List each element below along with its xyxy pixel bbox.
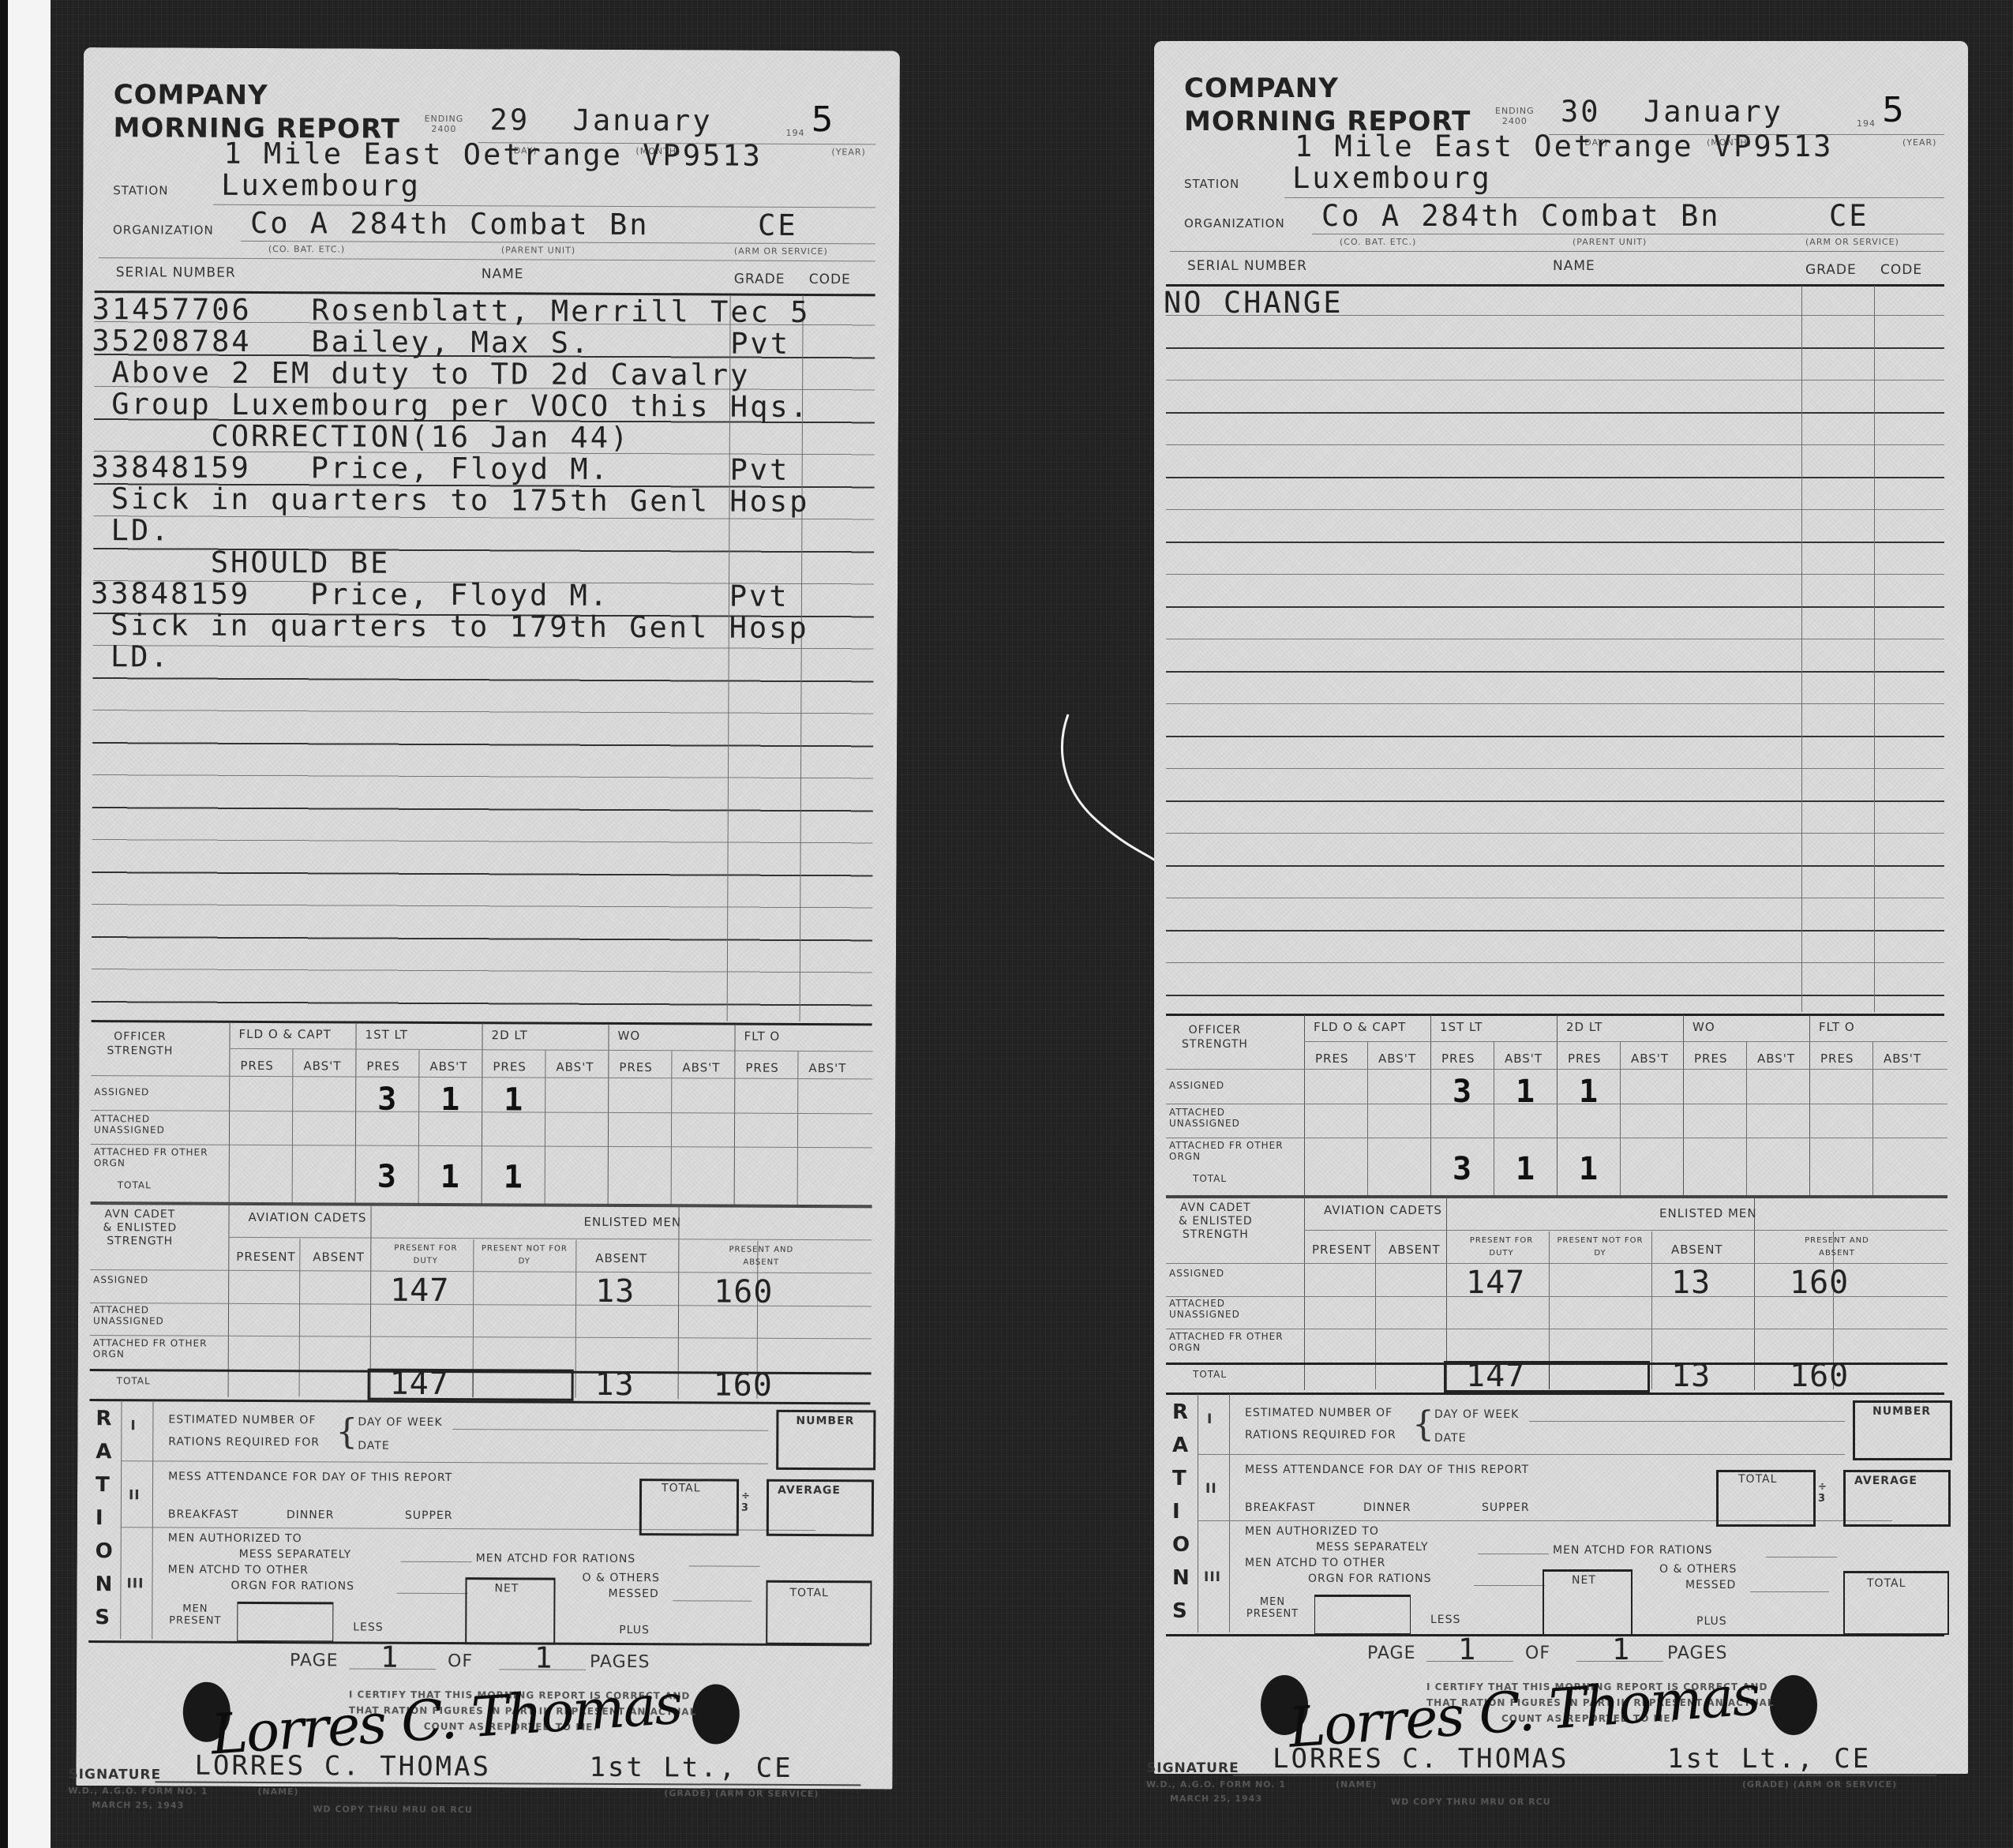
org-caption-unit: (CO. BAT. ETC.) [268,244,345,254]
enlisted-subcol-divider [575,1240,577,1398]
ending-label: ENDING 2400 [1495,106,1535,126]
enlisted-row-label: ASSIGNED [1169,1268,1295,1279]
aviation-cadets-header: AVIATION CADETS [248,1210,366,1225]
section-iii-number: III [126,1576,144,1591]
morning-report-card-jan-30: COMPANY MORNING REPORT ENDING 2400 30 Ja… [1154,41,1968,1774]
officer-subcol-header: PRES [1694,1051,1727,1066]
enlisted-count-cell: 13 [1671,1265,1711,1301]
officer-subcol-divider [1367,1042,1368,1197]
enlisted-row-rule [1166,1263,1947,1264]
men-present-label: MEN PRESENT [167,1602,223,1626]
enlisted-count-cell: 160 [714,1366,773,1403]
enlisted-count-cell: 147 [1466,1265,1525,1301]
men-authorized-label: MEN AUTHORIZED TO [168,1531,302,1545]
officer-title-line1: OFFICER [1182,1023,1248,1037]
officer-count-cell: 1 [1516,1074,1535,1110]
enlisted-subcol-header: PRESENT [1312,1243,1371,1257]
enlisted-row-label: ATTACHED UNASSIGNED [93,1304,219,1327]
signer-name: LORRES C. THOMAS [194,1750,491,1783]
organization-label: ORGANIZATION [1184,216,1285,231]
officer-subcol-divider [418,1050,420,1205]
enlisted-title-line2: & ENLISTED [1179,1215,1253,1228]
rations-rule [121,1460,768,1464]
rations-section-divider [1229,1394,1230,1632]
org-caption-parent: (PARENT UNIT) [1573,237,1647,247]
col-name: NAME [1553,258,1595,274]
rations-side-letter: A [96,1440,111,1464]
form-title-company: COMPANY [1184,73,1339,104]
mess-separately-label: MESS SEPARATELY [239,1548,352,1561]
punch-hole-right [1770,1675,1817,1735]
form-number: W.D., A.G.O. FORM NO. 1 [68,1786,208,1797]
enlisted-men-header: ENLISTED MEN [583,1215,681,1230]
officer-group-header: 1ST LT [1440,1020,1483,1034]
signer-grade: 1st Lt., CE [1667,1743,1871,1775]
scan-edge-line [0,0,8,1848]
officer-group-divider [482,1023,483,1205]
organization-underline [1312,234,1944,234]
station-value: Luxembourg [1292,161,1492,195]
organization-label: ORGANIZATION [113,223,214,238]
officer-group-header: 1ST LT [365,1028,409,1042]
officer-subcol-divider [545,1051,546,1205]
officer-group-header: FLT O [1819,1020,1855,1034]
enlisted-count-cell: 147 [390,1273,449,1309]
name-caption: (NAME) [257,1786,298,1797]
entry-line: SHOULD BE [91,545,390,580]
date-label: DATE [358,1440,389,1453]
copy-note: WD COPY THRU MRU OR RCU [1391,1797,1551,1807]
code-column-line [1874,286,1875,1012]
officer-title-line1: OFFICER [107,1029,173,1044]
dinner-label: DINNER [287,1509,335,1521]
enlisted-subcol-divider [1375,1231,1376,1389]
section-ii-number: II [129,1487,141,1503]
signature-line [1233,1775,1936,1776]
enlisted-divider [1754,1197,1755,1390]
officer-subcol-divider [292,1049,294,1204]
col-serial-number: SERIAL NUMBER [116,264,236,281]
officer-subcol-header: ABS'T [682,1060,720,1074]
enlisted-count-cell: 13 [595,1273,635,1310]
officer-count-cell: 3 [377,1081,396,1118]
officer-row-label: ASSIGNED [1169,1080,1295,1091]
officer-count-cell: 1 [1579,1074,1598,1110]
col-code: CODE [809,272,851,287]
men-atchd-rations-label: MEN ATCHD FOR RATIONS [476,1552,636,1565]
day-of-week-field [452,1429,768,1431]
year-digit: 5 [811,99,833,140]
signer-grade: 1st Lt., CE [589,1752,793,1784]
officer-row-label: TOTAL [1169,1173,1319,1184]
officer-subcol-header: PRES [745,1061,779,1075]
officer-group-divider [229,1022,231,1204]
report-month: January [1644,95,1783,129]
ending-label-line1: ENDING [425,114,464,124]
ending-label-line1: ENDING [1495,106,1535,116]
pages-label: PAGES [1667,1644,1727,1663]
station-value: Luxembourg [221,168,421,203]
enlisted-divider [678,1205,680,1399]
header-divider [99,257,875,261]
officer-row-label: ATTACHED UNASSIGNED [1169,1107,1295,1129]
enlisted-count-cell: 160 [1790,1358,1849,1394]
report-day: 30 [1561,95,1601,129]
rations-required-label: RATIONS REQUIRED FOR [1245,1429,1396,1441]
mess-attendance-label: MESS ATTENDANCE FOR DAY OF THIS REPORT [1245,1464,1529,1476]
present-total-box-divider [473,1370,474,1397]
organization-value: Co A 284th Combat Bn [250,206,650,242]
page-total-underline [1576,1661,1663,1662]
enlisted-top-rule [1166,1197,1947,1198]
col-serial-number: SERIAL NUMBER [1187,258,1307,274]
officer-count-cell: 1 [1516,1151,1535,1187]
enlisted-strength-title: AVN CADET& ENLISTEDSTRENGTH [1179,1201,1253,1242]
rations-rule [1198,1454,1845,1455]
rations-side-letter: R [1172,1400,1188,1424]
officer-subcol-header: ABS'T [429,1059,467,1074]
officer-subcol-header: ABS'T [556,1060,594,1074]
col-grade: GRADE [1805,262,1857,278]
officer-row-rule [1166,1069,1947,1070]
officer-subcol-divider [797,1051,799,1206]
enlisted-subcol-header: PRESENT NOT FOR DY [1557,1235,1644,1260]
report-day: 29 [490,103,530,137]
officer-row-label: ATTACHED UNASSIGNED [94,1113,220,1136]
officer-subcol-divider [1620,1042,1621,1197]
officer-group-header: WO [1692,1020,1715,1034]
net-label: NET [494,1582,519,1595]
enlisted-count-cell: 13 [595,1366,635,1403]
scan-margin [8,0,51,1848]
section-i-number: I [130,1418,136,1434]
section-ii-number: II [1205,1481,1217,1497]
officer-count-cell: 1 [440,1081,459,1118]
plus-label: PLUS [1696,1615,1727,1628]
rations-side-letter: S [95,1606,110,1629]
officer-group-divider [1809,1015,1810,1197]
officer-strength-table: OFFICERSTRENGTHFLD O & CAPT1ST LT2D LTWO… [1166,1015,1947,1197]
enlisted-subcol-header: PRESENT FOR DUTY [1458,1235,1545,1260]
signature-label: SIGNATURE [1146,1760,1239,1776]
officer-subcol-divider [1872,1042,1873,1197]
estimated-number-label: ESTIMATED NUMBER OF [1245,1407,1393,1419]
less-label: LESS [1430,1614,1460,1626]
enlisted-subcol-divider [1651,1231,1652,1389]
officer-row-label: ATTACHED FR OTHER ORGN [1169,1140,1295,1162]
officer-subcol-divider [671,1051,673,1205]
year-caption: (YEAR) [831,147,865,157]
aviation-cadets-header: AVIATION CADETS [1324,1203,1442,1217]
station-label: STATION [113,183,168,197]
mess-total-label: TOTAL [662,1482,700,1494]
number-label: NUMBER [796,1415,854,1427]
enlisted-men-header: ENLISTED MEN [1659,1206,1757,1220]
day-of-week-field [1529,1421,1845,1422]
report-month: January [573,103,713,138]
messed-label: MESSED [608,1587,658,1600]
enlisted-count-cell: 147 [390,1366,449,1402]
rations-side-letter: N [95,1572,112,1596]
enlisted-count-cell: 160 [1790,1265,1849,1301]
officer-subcol-header: PRES [1441,1051,1475,1066]
officer-subcol-header: PRES [493,1059,527,1074]
officer-count-cell: 3 [1453,1074,1471,1110]
day-of-week-label: DAY OF WEEK [358,1416,442,1429]
officer-subcol-divider [1494,1042,1494,1197]
section-i-number: I [1207,1411,1213,1427]
grade-column-line [1801,286,1802,1012]
rations-section: RATIONSIESTIMATED NUMBER OFRATIONS REQUI… [88,1400,871,1642]
enlisted-row-label: ATTACHED UNASSIGNED [1169,1298,1295,1320]
enlisted-title-line2: & ENLISTED [103,1221,177,1235]
officer-group-divider [734,1025,736,1206]
enlisted-row-rule [1166,1329,1947,1329]
rations-side-letter: T [96,1473,110,1497]
officer-group-divider [1304,1015,1305,1197]
rations-side-letter: I [96,1506,103,1530]
rations-section-divider [152,1400,153,1639]
breakfast-label: BREAKFAST [168,1508,239,1520]
page-label: PAGE [290,1651,339,1670]
mess-attendance-label: MESS ATTENDANCE FOR DAY OF THIS REPORT [168,1470,452,1484]
col-name: NAME [482,266,524,282]
officer-subcol-header: ABS'T [1631,1051,1669,1066]
entry-line: NO CHANGE [1164,286,1343,320]
officer-subcol-header: ABS'T [1884,1051,1921,1066]
officer-group-divider [608,1024,609,1205]
officer-group-divider [1683,1015,1684,1197]
entry-line: Sick in quarters to 175th Genl Hosp [91,482,809,519]
men-atchd-rations-field [1766,1557,1837,1557]
officer-subcol-header: PRES [240,1059,274,1073]
o-others-label: O & OTHERS [1659,1563,1737,1576]
men-present-label: MEN PRESENT [1245,1596,1300,1620]
brace-icon: { [335,1412,358,1452]
org-caption-arm: (ARM OR SERVICE) [1805,237,1899,247]
organization-value: Co A 284th Combat Bn [1321,199,1721,233]
enlisted-divider [1304,1197,1305,1390]
date-label: DATE [1434,1432,1466,1445]
officer-group-header: 2D LT [1566,1020,1603,1034]
officer-group-rule [1304,1041,1947,1042]
officer-strength-title: OFFICERSTRENGTH [1182,1023,1248,1051]
officer-row-label: ASSIGNED [94,1086,220,1098]
divide-by-three: ÷ 3 [741,1490,757,1514]
rations-required-label: RATIONS REQUIRED FOR [168,1435,320,1449]
dust-fiber-artifact [1034,691,1168,864]
ending-label-line2: 2400 [425,124,464,134]
enlisted-title-line1: AVN CADET [1179,1201,1253,1215]
enlisted-subcol-header: PRESENT NOT FOR DY [481,1243,568,1268]
entry-line: LD. [91,513,171,547]
form-title-company: COMPANY [114,79,268,111]
men-present-box[interactable] [237,1602,333,1642]
enlisted-subcol-header: PRESENT AND ABSENT [1790,1235,1884,1260]
enlisted-strength-table: AVN CADET& ENLISTEDSTRENGTHAVIATION CADE… [90,1203,872,1400]
average-label: AVERAGE [778,1484,841,1497]
officer-row-label: TOTAL [94,1179,244,1191]
header-divider [1170,251,1944,252]
messed-field [1750,1591,1829,1592]
enlisted-subcol-header: ABSENT [595,1251,647,1265]
present-total-box-divider [1549,1363,1550,1389]
messed-label: MESSED [1685,1579,1736,1591]
officer-group-header: FLT O [744,1029,781,1044]
enlisted-row-rule [90,1269,872,1273]
breakfast-label: BREAKFAST [1245,1501,1316,1514]
enlisted-subcol-header: PRESENT FOR DUTY [382,1243,469,1268]
mess-separately-field [1478,1554,1549,1554]
officer-group-header: WO [618,1029,641,1043]
men-authorized-label: MEN AUTHORIZED TO [1245,1525,1379,1538]
orgn-rations-label: ORGN FOR RATIONS [1308,1572,1431,1585]
col-grade: GRADE [734,272,785,287]
grade-caption: (GRADE) (ARM OR SERVICE) [1742,1779,1897,1790]
brace-icon: { [1412,1405,1434,1445]
officer-count-cell: 1 [1579,1151,1598,1187]
mess-total-label: TOTAL [1738,1473,1777,1486]
year-prefix: 194 [786,128,805,138]
grade-caption: (GRADE) (ARM OR SERVICE) [664,1788,819,1799]
page-label: PAGE [1367,1644,1415,1663]
rations-total-label: TOTAL [1867,1577,1906,1590]
enlisted-row-label: ATTACHED FR OTHER ORGN [93,1337,219,1360]
copy-note: WD COPY THRU MRU OR RCU [313,1804,473,1815]
officer-subcol-header: ABS'T [303,1059,341,1073]
arm-service-value: CE [1829,199,1869,233]
rations-side-letter: O [96,1539,113,1563]
estimated-number-label: ESTIMATED NUMBER OF [168,1413,316,1426]
rations-side-letter: R [96,1407,111,1430]
officer-count-cell: 3 [1453,1151,1471,1187]
rations-side-letter: N [1172,1566,1190,1590]
signature-label: SIGNATURE [68,1767,161,1783]
rations-bottom-rule [1166,1634,1944,1636]
officer-group-header: FLD O & CAPT [239,1027,332,1042]
form-date: MARCH 25, 1943 [1170,1794,1262,1804]
officer-row-rule [1166,1138,1947,1138]
officer-group-rule [229,1048,872,1052]
dinner-label: DINNER [1363,1501,1411,1514]
men-atchd-rations-field [689,1565,760,1566]
officer-subcol-divider [1746,1042,1747,1197]
entry-rules [1166,284,1944,1012]
plus-label: PLUS [619,1624,650,1636]
officer-group-divider [1557,1015,1558,1197]
entry-line: Sick in quarters to 179th Genl Hosp [91,608,809,645]
form-number: W.D., A.G.O. FORM NO. 1 [1146,1779,1286,1790]
enlisted-subcol-header: PRESENT AND ABSENT [714,1243,808,1269]
location-line: 1 Mile East Oetrange VP9513 [1295,129,1833,163]
officer-subcol-header: PRES [366,1059,400,1074]
mess-separately-label: MESS SEPARATELY [1316,1541,1429,1554]
pages-label: PAGES [590,1652,650,1672]
of-label: OF [1525,1644,1550,1663]
rations-side-letter: O [1172,1533,1190,1557]
men-atchd-other-label: MEN ATCHD TO OTHER [1245,1557,1385,1569]
station-label: STATION [1184,177,1239,191]
enlisted-divider [228,1204,230,1397]
o-others-label: O & OTHERS [583,1572,660,1584]
men-present-box[interactable] [1314,1595,1411,1634]
officer-group-header: 2D LT [492,1028,528,1042]
officer-subcol-header: ABS'T [1757,1051,1795,1066]
supper-label: SUPPER [1482,1501,1530,1514]
org-caption-arm: (ARM OR SERVICE) [734,246,828,257]
enlisted-strength-table: AVN CADET& ENLISTEDSTRENGTHAVIATION CADE… [1166,1197,1947,1390]
officer-row-label: ATTACHED FR OTHER ORGN [94,1146,220,1169]
org-caption-unit: (CO. BAT. ETC.) [1340,237,1416,247]
enlisted-row-label: TOTAL [93,1375,243,1387]
officer-title-line2: STRENGTH [1182,1037,1248,1051]
officer-subcol-header: ABS'T [1505,1051,1543,1066]
enlisted-group-rule [228,1237,872,1241]
arm-service-value: CE [758,208,798,242]
average-label: AVERAGE [1854,1475,1917,1487]
orgn-rations-field [396,1593,467,1594]
officer-subcol-header: PRES [1820,1051,1854,1066]
rations-letter-divider [1198,1394,1198,1632]
rations-total-label: TOTAL [789,1587,828,1599]
year-prefix: 194 [1857,118,1876,129]
entry-line: CORRECTION(16 Jan 44) [92,418,631,455]
col-code: CODE [1880,262,1922,278]
entry-line: LD. [91,639,171,673]
punch-hole-right [692,1684,740,1744]
officer-count-cell: 1 [504,1159,523,1195]
officer-count-cell: 1 [504,1081,523,1118]
enlisted-count-cell: 13 [1671,1358,1711,1394]
officer-group-header: FLD O & CAPT [1314,1020,1406,1034]
enlisted-count-cell: 160 [714,1273,773,1310]
org-caption-parent: (PARENT UNIT) [501,245,575,255]
name-caption: (NAME) [1336,1779,1377,1790]
messed-field [673,1600,752,1601]
officer-title-line2: STRENGTH [107,1044,173,1058]
ending-label-line2: 2400 [1495,116,1535,126]
officer-group-divider [1430,1015,1431,1197]
enlisted-subcol-divider [299,1239,301,1396]
enlisted-title-line3: STRENGTH [103,1235,177,1248]
morning-report-card-jan-29: COMPANY MORNING REPORT ENDING 2400 29 Ja… [76,47,900,1789]
officer-count-cell: 3 [377,1159,396,1195]
officer-subcol-header: PRES [1315,1051,1348,1066]
ending-label: ENDING 2400 [425,114,464,134]
day-of-week-label: DAY OF WEEK [1434,1408,1519,1421]
enlisted-row-label: ASSIGNED [93,1274,219,1286]
enlisted-row-label: ATTACHED FR OTHER ORGN [1169,1331,1295,1353]
number-label: NUMBER [1872,1405,1931,1418]
men-atchd-rations-label: MEN ATCHD FOR RATIONS [1553,1544,1713,1557]
enlisted-title-line1: AVN CADET [103,1208,178,1221]
rations-section: RATIONSIESTIMATED NUMBER OFRATIONS REQUI… [1166,1394,1947,1632]
men-atchd-other-label: MEN ATCHD TO OTHER [168,1563,309,1576]
officer-group-divider [355,1023,357,1205]
orgn-rations-field [1474,1585,1545,1586]
rations-side-letter: A [1172,1434,1188,1457]
location-line: 1 Mile East Oetrange VP9513 [223,137,763,173]
enlisted-subcol-header: ABSENT [1671,1243,1723,1257]
enlisted-subcol-header: PRESENT [236,1250,295,1264]
officer-subcol-header: PRES [1568,1051,1601,1066]
signer-name: LORRES C. THOMAS [1273,1743,1569,1775]
rations-letter-divider [120,1400,122,1639]
divide-by-three: ÷ 3 [1818,1481,1834,1505]
officer-strength-title: OFFICERSTRENGTH [107,1029,173,1058]
officer-subcol-header: ABS'T [808,1061,846,1075]
section-iii-number: III [1204,1569,1221,1585]
